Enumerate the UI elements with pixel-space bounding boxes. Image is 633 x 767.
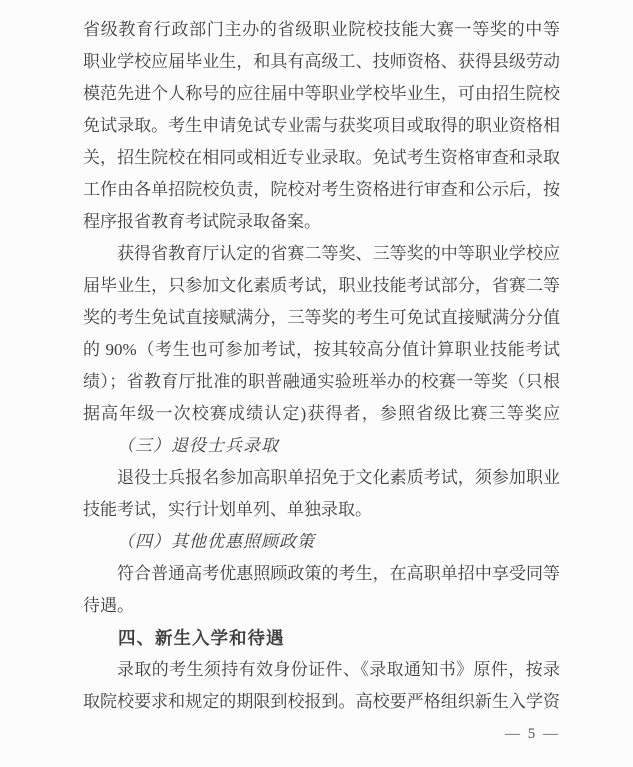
body-text-line: 取院校要求和规定的期限到校报到。高校要严格组织新生入学资 [83, 686, 560, 718]
body-text-line: 关，招生院校在相同或相近专业录取。免试考生资格审查和录取 [83, 142, 560, 174]
body-text-line: 据高年级一次校赛成绩认定)获得者，参照省级比赛三等奖应用。 [83, 398, 560, 430]
body-text-line: 工作由各单招院校负责，院校对考生资格进行审查和公示后，按 [83, 174, 560, 206]
body-text-line: 绩）；省教育厅批准的职普融通实验班举办的校赛一等奖（只根 [83, 366, 560, 398]
body-text-line: 的 90%（考生也可参加考试，按其较高分值计算职业技能考试成 [83, 334, 560, 366]
body-text-line: 获得省教育厅认定的省赛二等奖、三等奖的中等职业学校应 [83, 238, 560, 270]
subsection-heading: （四）其他优惠照顾政策 [83, 526, 560, 558]
subsection-heading: （三）退役士兵录取 [83, 430, 560, 462]
page-number: — 5 — [0, 726, 560, 743]
body-text-line: 省级教育行政部门主办的省级职业院校技能大赛一等奖的中等 [83, 14, 560, 46]
section-heading: 四、新生入学和待遇 [83, 622, 560, 654]
document-page: 省级教育行政部门主办的省级职业院校技能大赛一等奖的中等职业学校应届毕业生，和具有… [0, 0, 633, 767]
document-body: 省级教育行政部门主办的省级职业院校技能大赛一等奖的中等职业学校应届毕业生，和具有… [83, 14, 560, 718]
body-text-line: 奖的考生免试直接赋满分，三等奖的考生可免试直接赋满分分值 [83, 302, 560, 334]
body-text-line: 模范先进个人称号的应往届中等职业学校毕业生，可由招生院校 [83, 78, 560, 110]
body-text-line: 技能考试，实行计划单列、单独录取。 [83, 494, 560, 526]
body-text-line: 程序报省教育考试院录取备案。 [83, 206, 560, 238]
body-text-line: 免试录取。考生申请免试专业需与获奖项目或取得的职业资格相 [83, 110, 560, 142]
body-text-line: 职业学校应届毕业生，和具有高级工、技师资格、获得县级劳动 [83, 46, 560, 78]
scanned-document: { "page": { "paper_color": "#fcfcfc", "i… [0, 0, 633, 767]
body-text-line: 符合普通高考优惠照顾政策的考生，在高职单招中享受同等 [83, 558, 560, 590]
body-text-line: 届毕业生，只参加文化素质考试，职业技能考试部分，省赛二等 [83, 270, 560, 302]
body-text-line: 待遇。 [83, 590, 560, 622]
body-text-line: 录取的考生须持有效身份证件、《录取通知书》原件，按录 [83, 654, 560, 686]
body-text-line: 退役士兵报名参加高职单招免于文化素质考试，须参加职业 [83, 462, 560, 494]
